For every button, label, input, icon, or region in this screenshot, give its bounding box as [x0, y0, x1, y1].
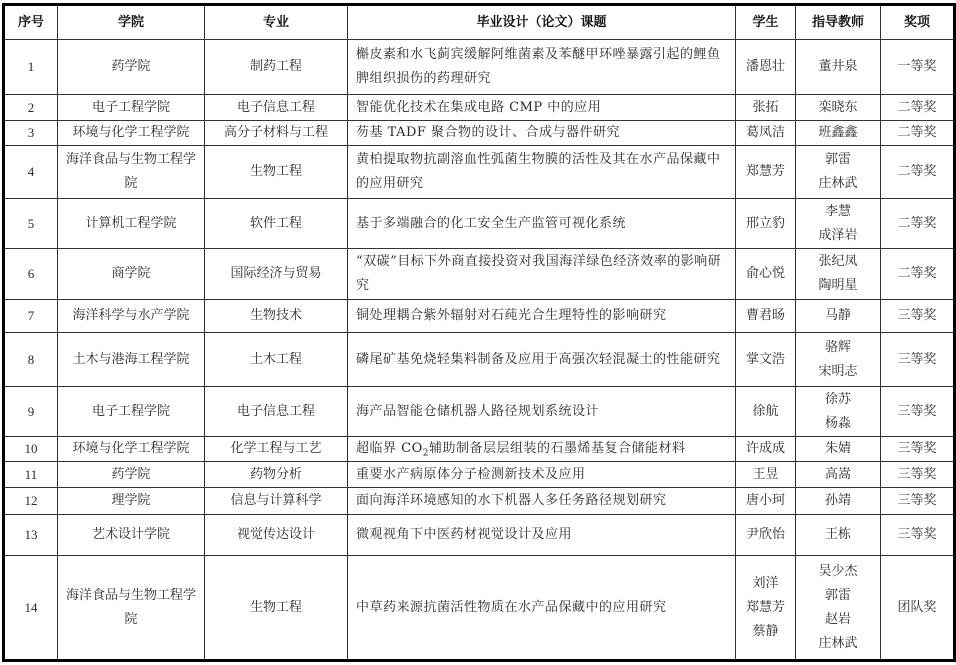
student-name: 刘洋: [740, 572, 791, 596]
cell-student: 尹欣怡: [736, 515, 796, 556]
advisor-name: 朱婧: [825, 441, 851, 456]
cell-college: 药学院: [58, 40, 205, 95]
advisor-name: 骆辉: [800, 336, 876, 360]
advisor-name: 杨淼: [800, 412, 876, 436]
table-row: 7 海洋科学与水产学院 生物技术 铜处理耦合紫外辐射对石莼光合生理特性的影响研究…: [4, 300, 955, 333]
cell-student: 掌文浩: [736, 333, 796, 387]
student-name: 郑慧芳: [746, 164, 785, 179]
cell-student: 潘恩壮: [736, 40, 796, 95]
cell-award: 二等奖: [881, 95, 955, 121]
student-name: 王昱: [752, 467, 778, 482]
cell-college: 商学院: [58, 249, 205, 300]
cell-major: 信息与计算科学: [205, 488, 348, 515]
advisor-name: 马静: [825, 308, 851, 323]
cell-topic: 基于多端融合的化工安全生产监管可视化系统: [348, 199, 736, 249]
cell-major: 生物工程: [205, 146, 348, 199]
cell-major: 电子信息工程: [205, 387, 348, 437]
table-row: 13 艺术设计学院 视觉传达设计 微观视角下中医药材视觉设计及应用 尹欣怡 王栋…: [4, 515, 955, 556]
cell-index: 4: [4, 146, 58, 199]
cell-advisor: 张纪凤 陶明星: [796, 249, 881, 300]
header-index: 序号: [4, 5, 58, 40]
cell-student: 邢立豹: [736, 199, 796, 249]
table-row: 14 海洋食品与生物工程学院 生物工程 中草药来源抗菌活性物质在水产品保藏中的应…: [4, 556, 955, 661]
cell-award: 二等奖: [881, 121, 955, 146]
cell-topic: 芴基 TADF 聚合物的设计、合成与器件研究: [348, 121, 736, 146]
cell-award: 三等奖: [881, 462, 955, 488]
student-name: 掌文浩: [746, 352, 785, 367]
cell-advisor: 班鑫鑫: [796, 121, 881, 146]
cell-award: 三等奖: [881, 437, 955, 462]
header-row: 序号 学院 专业 毕业设计（论文）课题 学生 指导教师 奖项: [4, 5, 955, 40]
cell-award: 二等奖: [881, 199, 955, 249]
cell-award: 团队奖: [881, 556, 955, 661]
table-row: 12 理学院 信息与计算科学 面向海洋环境感知的水下机器人多任务路径规划研究 唐…: [4, 488, 955, 515]
topic-text: 超临界 CO: [356, 441, 423, 456]
advisor-name: 赵岩: [800, 608, 876, 632]
cell-award: 三等奖: [881, 300, 955, 333]
cell-advisor: 徐苏 杨淼: [796, 387, 881, 437]
cell-major: 土木工程: [205, 333, 348, 387]
cell-index: 2: [4, 95, 58, 121]
cell-index: 13: [4, 515, 58, 556]
cell-award: 三等奖: [881, 515, 955, 556]
cell-advisor: 栾晓东: [796, 95, 881, 121]
cell-college: 海洋食品与生物工程学院: [58, 556, 205, 661]
advisor-name: 王栋: [825, 527, 851, 542]
cell-advisor: 郭雷 庄林武: [796, 146, 881, 199]
cell-major: 药物分析: [205, 462, 348, 488]
cell-student: 张拓: [736, 95, 796, 121]
cell-index: 14: [4, 556, 58, 661]
cell-college: 海洋食品与生物工程学院: [58, 146, 205, 199]
cell-major: 软件工程: [205, 199, 348, 249]
cell-index: 1: [4, 40, 58, 95]
advisor-name: 郭雷: [800, 584, 876, 608]
header-advisor: 指导教师: [796, 5, 881, 40]
student-name: 张拓: [752, 100, 778, 115]
cell-advisor: 马静: [796, 300, 881, 333]
cell-award: 二等奖: [881, 146, 955, 199]
header-topic: 毕业设计（论文）课题: [348, 5, 736, 40]
cell-college: 海洋科学与水产学院: [58, 300, 205, 333]
advisor-name: 吴少杰: [800, 560, 876, 584]
table-row: 11 药学院 药物分析 重要水产病原体分子检测新技术及应用 王昱 高嵩 三等奖: [4, 462, 955, 488]
student-name: 许成成: [746, 441, 785, 456]
cell-student: 王昱: [736, 462, 796, 488]
cell-advisor: 朱婧: [796, 437, 881, 462]
advisor-name: 李慧: [800, 200, 876, 224]
advisor-name: 徐苏: [800, 388, 876, 412]
advisor-name: 陶明星: [800, 274, 876, 298]
cell-major: 生物工程: [205, 556, 348, 661]
cell-student: 俞心悦: [736, 249, 796, 300]
table-row: 9 电子工程学院 电子信息工程 海产品智能仓储机器人路径规划系统设计 徐航 徐苏…: [4, 387, 955, 437]
cell-topic: 槲皮素和水飞蓟宾缓解阿维菌素及苯醚甲环唑暴露引起的鲤鱼脾组织损伤的药理研究: [348, 40, 736, 95]
cell-advisor: 董井泉: [796, 40, 881, 95]
cell-college: 土木与港海工程学院: [58, 333, 205, 387]
cell-student: 葛凤洁: [736, 121, 796, 146]
advisor-name: 孙靖: [825, 493, 851, 508]
cell-index: 7: [4, 300, 58, 333]
cell-college: 药学院: [58, 462, 205, 488]
cell-major: 高分子材料与工程: [205, 121, 348, 146]
header-major: 专业: [205, 5, 348, 40]
cell-student: 唐小珂: [736, 488, 796, 515]
table-row: 8 土木与港海工程学院 土木工程 磷尾矿基免烧轻集料制备及应用于高强次轻混凝土的…: [4, 333, 955, 387]
topic-text: 辅助制备层层组装的石墨烯基复合储能材料: [429, 441, 686, 456]
cell-index: 5: [4, 199, 58, 249]
student-name: 徐航: [752, 404, 778, 419]
header-college: 学院: [58, 5, 205, 40]
cell-advisor: 孙靖: [796, 488, 881, 515]
cell-major: 视觉传达设计: [205, 515, 348, 556]
cell-award: 三等奖: [881, 333, 955, 387]
cell-college: 电子工程学院: [58, 387, 205, 437]
cell-student: 徐航: [736, 387, 796, 437]
advisor-name: 董井泉: [818, 59, 857, 74]
table-row: 4 海洋食品与生物工程学院 生物工程 黄柏提取物抗副溶血性弧菌生物膜的活性及其在…: [4, 146, 955, 199]
cell-student: 曹君旸: [736, 300, 796, 333]
cell-major: 生物技术: [205, 300, 348, 333]
student-name: 郑慧芳: [740, 596, 791, 620]
awards-table: 序号 学院 专业 毕业设计（论文）课题 学生 指导教师 奖项 1 药学院 制药工…: [2, 3, 956, 662]
advisor-name: 庄林武: [800, 172, 876, 196]
cell-advisor: 骆辉 宋明志: [796, 333, 881, 387]
cell-index: 9: [4, 387, 58, 437]
cell-topic: 海产品智能仓储机器人路径规划系统设计: [348, 387, 736, 437]
cell-student: 许成成: [736, 437, 796, 462]
cell-index: 8: [4, 333, 58, 387]
cell-major: 国际经济与贸易: [205, 249, 348, 300]
cell-index: 6: [4, 249, 58, 300]
cell-student: 刘洋 郑慧芳 蔡静: [736, 556, 796, 661]
cell-student: 郑慧芳: [736, 146, 796, 199]
advisor-name: 高嵩: [825, 467, 851, 482]
student-name: 尹欣怡: [746, 527, 785, 542]
cell-advisor: 王栋: [796, 515, 881, 556]
table-row: 5 计算机工程学院 软件工程 基于多端融合的化工安全生产监管可视化系统 邢立豹 …: [4, 199, 955, 249]
cell-topic: 磷尾矿基免烧轻集料制备及应用于高强次轻混凝土的性能研究: [348, 333, 736, 387]
advisor-name: 宋明志: [800, 360, 876, 384]
cell-award: 三等奖: [881, 488, 955, 515]
student-name: 蔡静: [740, 620, 791, 644]
student-name: 俞心悦: [746, 266, 785, 281]
cell-award: 一等奖: [881, 40, 955, 95]
cell-college: 环境与化学工程学院: [58, 121, 205, 146]
header-award: 奖项: [881, 5, 955, 40]
table-row: 1 药学院 制药工程 槲皮素和水飞蓟宾缓解阿维菌素及苯醚甲环唑暴露引起的鲤鱼脾组…: [4, 40, 955, 95]
cell-topic: 智能优化技术在集成电路 CMP 中的应用: [348, 95, 736, 121]
cell-college: 艺术设计学院: [58, 515, 205, 556]
cell-topic: 超临界 CO2辅助制备层层组装的石墨烯基复合储能材料: [348, 437, 736, 462]
cell-college: 电子工程学院: [58, 95, 205, 121]
advisor-name: 庄林武: [800, 632, 876, 656]
cell-advisor: 李慧 成泽岩: [796, 199, 881, 249]
cell-topic: 微观视角下中医药材视觉设计及应用: [348, 515, 736, 556]
cell-topic: 面向海洋环境感知的水下机器人多任务路径规划研究: [348, 488, 736, 515]
student-name: 葛凤洁: [746, 125, 785, 140]
table-row: 2 电子工程学院 电子信息工程 智能优化技术在集成电路 CMP 中的应用 张拓 …: [4, 95, 955, 121]
cell-topic: “双碳”目标下外商直接投资对我国海洋绿色经济效率的影响研究: [348, 249, 736, 300]
cell-advisor: 高嵩: [796, 462, 881, 488]
cell-major: 制药工程: [205, 40, 348, 95]
cell-topic: 铜处理耦合紫外辐射对石莼光合生理特性的影响研究: [348, 300, 736, 333]
cell-college: 理学院: [58, 488, 205, 515]
cell-major: 化学工程与工艺: [205, 437, 348, 462]
cell-topic: 黄柏提取物抗副溶血性弧菌生物膜的活性及其在水产品保藏中的应用研究: [348, 146, 736, 199]
student-name: 唐小珂: [746, 493, 785, 508]
cell-award: 三等奖: [881, 387, 955, 437]
advisor-name: 班鑫鑫: [818, 125, 857, 140]
cell-index: 11: [4, 462, 58, 488]
cell-index: 3: [4, 121, 58, 146]
student-name: 曹君旸: [746, 308, 785, 323]
cell-advisor: 吴少杰 郭雷 赵岩 庄林武: [796, 556, 881, 661]
cell-college: 环境与化学工程学院: [58, 437, 205, 462]
advisor-name: 栾晓东: [818, 100, 857, 115]
header-student: 学生: [736, 5, 796, 40]
table-row: 3 环境与化学工程学院 高分子材料与工程 芴基 TADF 聚合物的设计、合成与器…: [4, 121, 955, 146]
cell-index: 10: [4, 437, 58, 462]
advisor-name: 张纪凤: [800, 250, 876, 274]
table-row: 10 环境与化学工程学院 化学工程与工艺 超临界 CO2辅助制备层层组装的石墨烯…: [4, 437, 955, 462]
student-name: 邢立豹: [746, 216, 785, 231]
cell-topic: 中草药来源抗菌活性物质在水产品保藏中的应用研究: [348, 556, 736, 661]
table-row: 6 商学院 国际经济与贸易 “双碳”目标下外商直接投资对我国海洋绿色经济效率的影…: [4, 249, 955, 300]
cell-topic: 重要水产病原体分子检测新技术及应用: [348, 462, 736, 488]
cell-award: 二等奖: [881, 249, 955, 300]
cell-major: 电子信息工程: [205, 95, 348, 121]
advisor-name: 郭雷: [800, 148, 876, 172]
student-name: 潘恩壮: [746, 59, 785, 74]
advisor-name: 成泽岩: [800, 224, 876, 248]
cell-index: 12: [4, 488, 58, 515]
cell-college: 计算机工程学院: [58, 199, 205, 249]
